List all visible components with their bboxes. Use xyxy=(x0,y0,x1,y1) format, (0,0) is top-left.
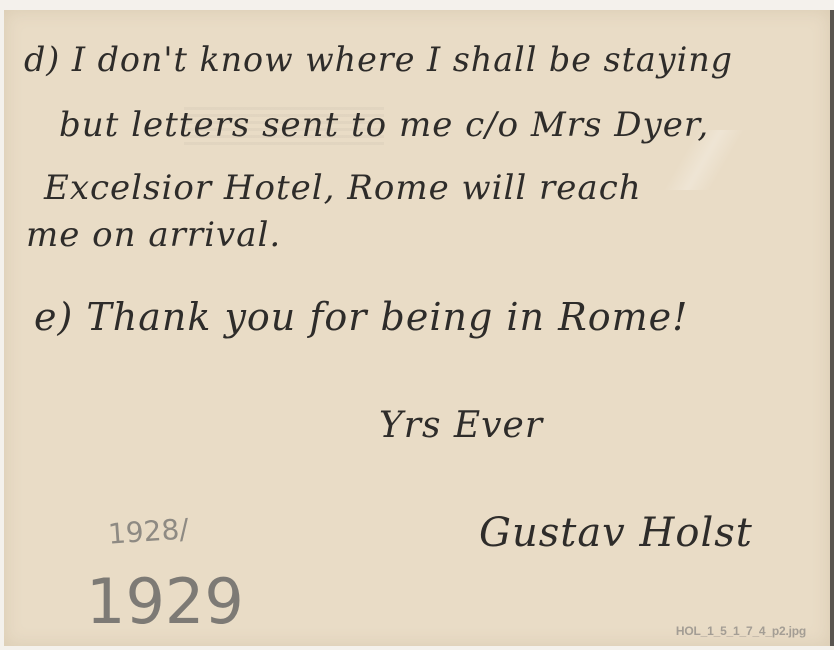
letter-line-3: Excelsior Hotel, Rome will reach xyxy=(44,168,642,208)
pencil-date-large: 1929 xyxy=(86,565,244,638)
pencil-date-small: 1928/ xyxy=(107,512,190,551)
letter-line-1: d) I don't know where I shall be staying xyxy=(24,40,733,80)
filename-watermark: HOL_1_5_1_7_4_p2.jpg xyxy=(676,624,806,638)
letter-card: d) I don't know where I shall be staying… xyxy=(4,10,830,646)
closing: Yrs Ever xyxy=(379,405,543,446)
letter-line-2: but letters sent to me c/o Mrs Dyer, xyxy=(59,105,709,145)
signature: Gustav Holst xyxy=(479,510,753,556)
letter-line-5: e) Thank you for being in Rome! xyxy=(34,295,688,339)
scan-edge xyxy=(830,10,834,646)
letter-line-4: me on arrival. xyxy=(26,215,281,255)
